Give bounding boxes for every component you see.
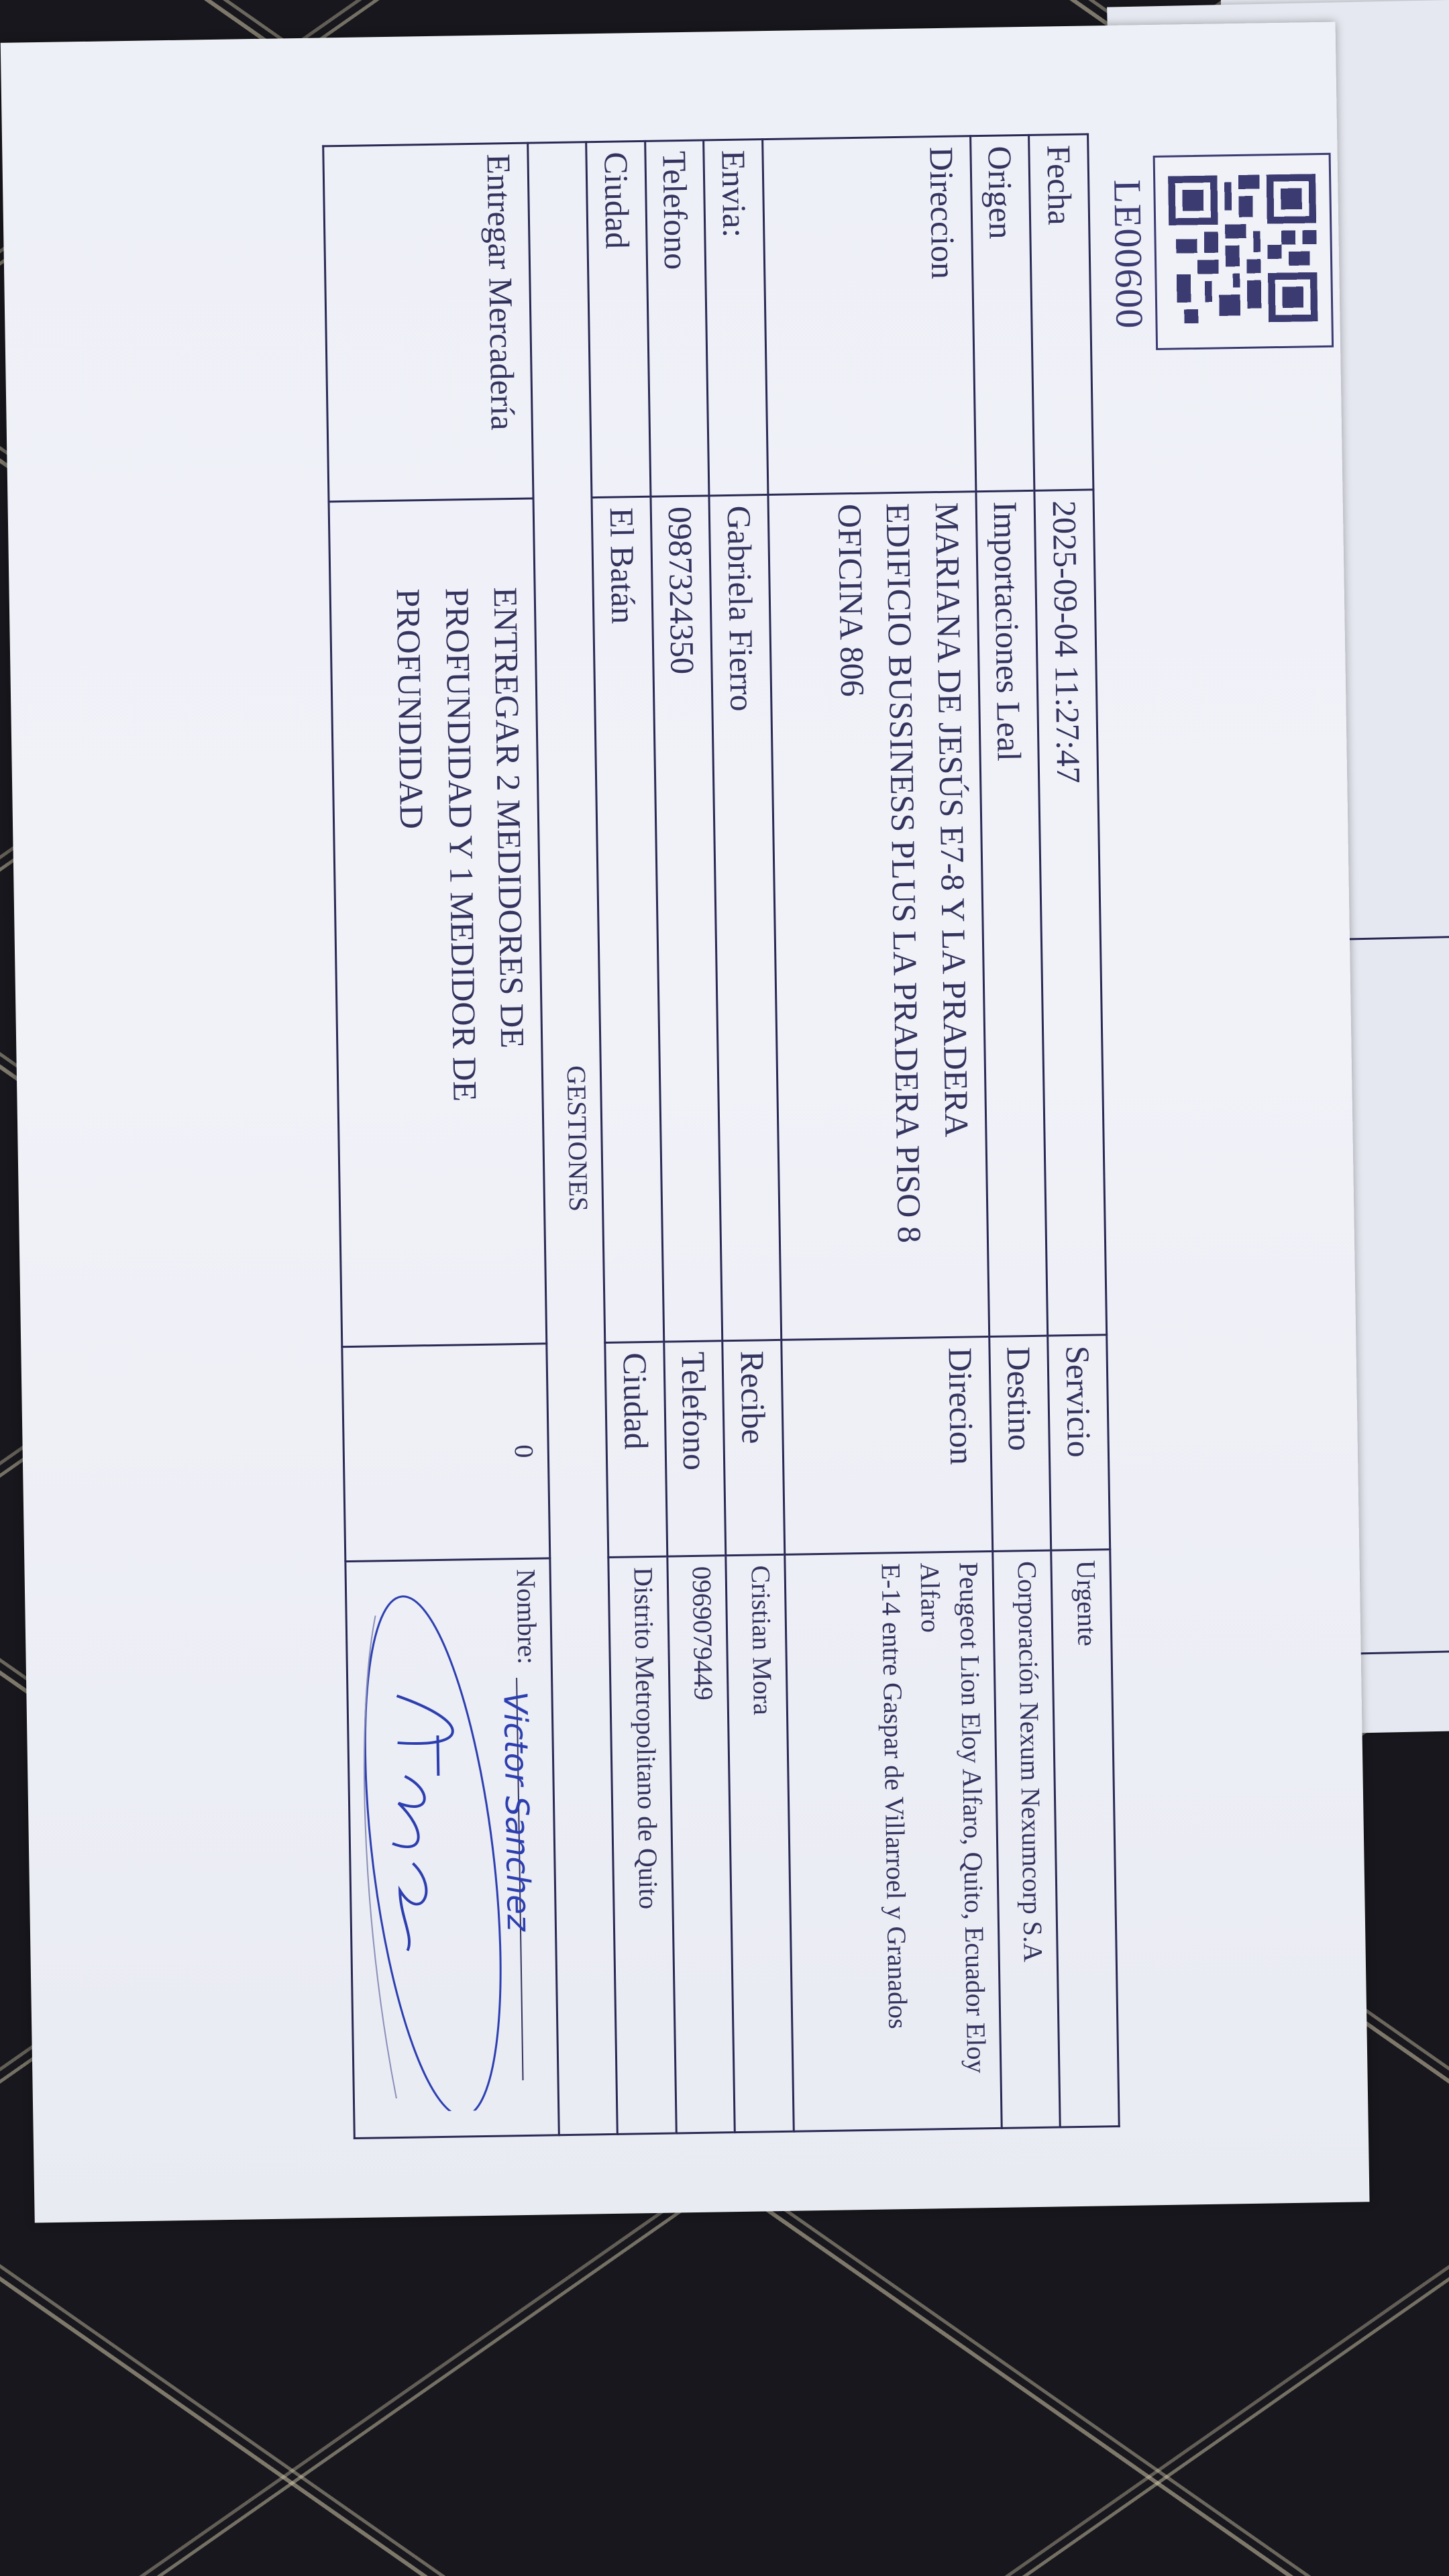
label-destino: Destino bbox=[989, 1336, 1052, 1551]
label-telefono-envia: Telefono bbox=[645, 140, 710, 496]
label-telefono-recibe: Telefono bbox=[664, 1341, 727, 1556]
qr-code-box bbox=[1153, 153, 1334, 350]
delivery-guide-sheet: LE00600 Fecha 2025-09-04 11:27:47 Servic… bbox=[0, 0, 1449, 2237]
label-servicio: Servicio bbox=[1048, 1335, 1110, 1550]
label-recibe: Recibe bbox=[722, 1340, 785, 1555]
nombre-label: Nombre: bbox=[511, 1569, 543, 1665]
label-direccion-destino: Direcion bbox=[782, 1337, 993, 1555]
value-ciudad-recibe: Distrito Metropolitano de Quito bbox=[608, 1556, 676, 2134]
value-telefono-recibe: 0969079449 bbox=[667, 1556, 735, 2133]
guide-code: LE00600 bbox=[1105, 179, 1152, 329]
nombre-line: Victor Sanchez bbox=[517, 1678, 524, 2080]
paper: LE00600 Fecha 2025-09-04 11:27:47 Servic… bbox=[1, 22, 1370, 2223]
value-entregar-mercaderia: ENTREGAR 2 MEDIDORES DE PROFUNDIDAD Y 1 … bbox=[329, 498, 547, 1347]
nombre-signature-cell: Nombre: Victor Sanchez bbox=[345, 1558, 559, 2139]
value-direccion-origen: MARIANA DE JESÚS E7-8 Y LA PRADERA EDIFI… bbox=[768, 492, 989, 1340]
label-ciudad-envia: Ciudad bbox=[586, 141, 651, 497]
gestiones-count: 0 bbox=[342, 1344, 550, 1562]
delivery-details-table: Fecha 2025-09-04 11:27:47 Servicio Urgen… bbox=[323, 133, 1120, 2139]
label-origen: Origen bbox=[971, 135, 1035, 491]
signature-icon bbox=[348, 1573, 518, 2112]
table-row-direccion: Direccion MARIANA DE JESÚS E7-8 Y LA PRA… bbox=[763, 136, 1002, 2132]
label-envia: Envia: bbox=[704, 140, 768, 496]
value-recibe: Cristian Mora bbox=[726, 1554, 794, 2132]
qr-code-icon bbox=[1168, 174, 1318, 323]
label-direccion-origen: Direccion bbox=[763, 136, 976, 495]
value-servicio: Urgente bbox=[1051, 1550, 1119, 2127]
label-fecha: Fecha bbox=[1029, 134, 1093, 490]
label-entregar-mercaderia: Entregar Mercadería bbox=[323, 143, 533, 502]
value-direccion-destino: Peugeot Lion Eloy Alfaro, Quito, Ecuador… bbox=[785, 1551, 1002, 2131]
table-row-entregar: Entregar Mercadería ENTREGAR 2 MEDIDORES… bbox=[323, 143, 559, 2138]
direccion-destino-line: Peugeot Lion Eloy Alfaro, Quito, Ecuador… bbox=[910, 1562, 996, 2119]
label-ciudad-recibe: Ciudad bbox=[605, 1342, 667, 1557]
value-destino: Corporación Nexum Nexumcorp S.A bbox=[993, 1550, 1061, 2128]
